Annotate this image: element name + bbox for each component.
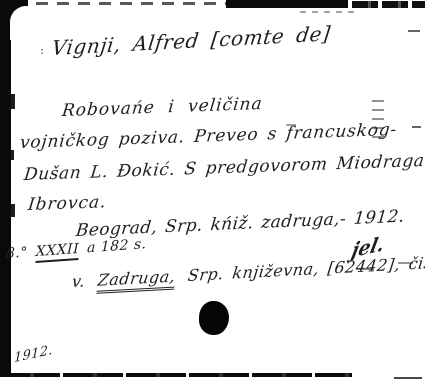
card-rounded-corner: [10, 6, 46, 40]
scan-edge-top: [226, 0, 348, 8]
stray-ink-mark: :: [39, 43, 45, 56]
scan-speck: [412, 126, 421, 128]
roman-pagination: XXXII: [35, 241, 79, 263]
scan-edge-notch: [11, 204, 15, 217]
scan-noise: [300, 11, 360, 13]
reference-detail: Srp. književna, [62442], čis. 146.: [187, 250, 425, 285]
title-line-4: Ibrovca.: [27, 192, 108, 215]
reference-prefix: v.: [71, 271, 87, 291]
series-reference-line: v. Zadruga, Srp. književna, [62442], čis…: [71, 250, 425, 291]
scan-edge-bottom: [0, 373, 352, 377]
scan-edge-top: [352, 1, 425, 8]
collation-line: 8.° XXXII a 182 s.: [6, 236, 147, 262]
scan-edge-left: [0, 0, 11, 377]
title-line-2: vojničkog poziva. Preveo s francuskog-: [19, 120, 398, 153]
scan-edge-top: [36, 2, 236, 5]
scan-edge-notch: [11, 150, 14, 160]
imprint-line: Beograd, Srp. kńiž. zadruga,- 1912.: [75, 207, 405, 241]
year-note: 1912.: [14, 343, 53, 367]
punch-hole-dot: [199, 301, 229, 335]
author-heading: Vignji, Alfred [comte de]: [51, 21, 333, 60]
scan-speck: [408, 30, 420, 32]
series-name-underlined: Zadruga,: [96, 267, 176, 294]
title-line-3: Dušan L. Đokić. S predgovorom Miodraga: [23, 151, 425, 185]
scan-edge-bottom: [394, 377, 422, 379]
title-line-1: Robovańe i veličina: [61, 94, 264, 121]
pagination-rest: a 182 s.: [87, 236, 147, 256]
scan-edge-notch: [11, 94, 15, 109]
format-note: 8.°: [6, 244, 28, 262]
catalog-card-scan: : Vignji, Alfred [comte de] Robovańe i v…: [0, 0, 425, 390]
